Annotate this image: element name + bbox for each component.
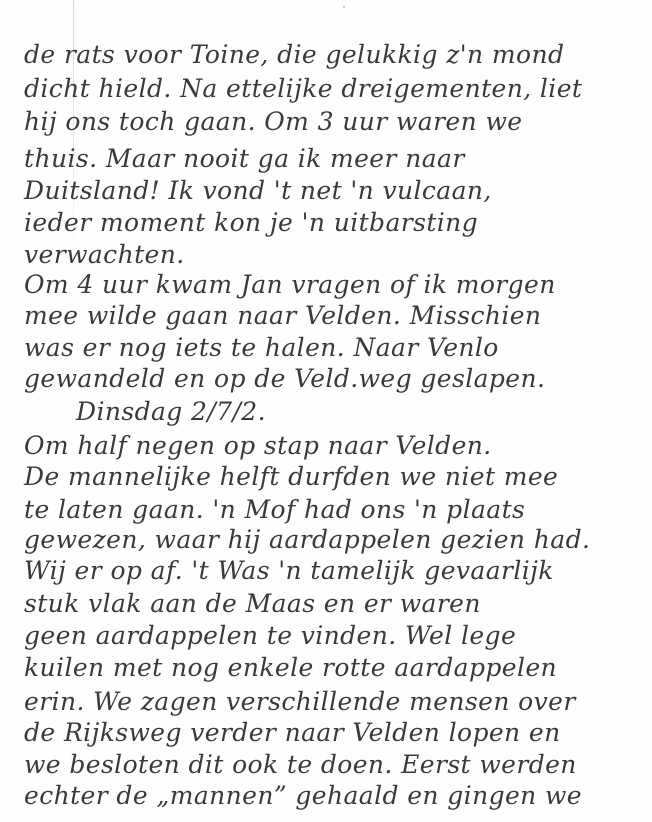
text-line: geen aardappelen te vinden. Wel lege	[24, 621, 516, 651]
text-line: Duitsland! Ik vond 't net 'n vulcaan,	[24, 176, 492, 206]
text-line: echter de „mannen” gehaald en gingen we	[24, 781, 582, 811]
date-heading: Dinsdag 2/7/2.	[76, 397, 266, 427]
handwritten-page: de rats voor Toine, die gelukkig z'n mon…	[0, 0, 652, 822]
text-line: stuk vlak aan de Maas en er waren	[24, 589, 481, 619]
text-line: Om half negen op stap naar Velden.	[24, 431, 492, 461]
text-line: de Rijksweg verder naar Velden lopen en	[24, 718, 561, 748]
text-line: ieder moment kon je 'n uitbarsting	[24, 208, 478, 238]
text-line: mee wilde gaan naar Velden. Misschien	[24, 301, 541, 331]
text-line: te laten gaan. 'n Mof had ons 'n plaats	[24, 495, 525, 525]
text-line: De mannelijke helft durfden we niet mee	[24, 462, 558, 492]
text-line: Om 4 uur kwam Jan vragen of ik morgen	[24, 270, 556, 300]
text-line: verwachten.	[24, 240, 185, 270]
text-line: gewandeld en op de Veld.weg geslapen.	[24, 364, 545, 394]
text-line: gewezen, waar hij aardappelen gezien had…	[24, 525, 590, 555]
text-line: kuilen met nog enkele rotte aardappelen	[24, 653, 557, 683]
text-line: Wij er op af. 't Was 'n tamelijk gevaarl…	[24, 556, 554, 586]
text-line: de rats voor Toine, die gelukkig z'n mon…	[24, 40, 564, 70]
text-line: hij ons toch gaan. Om 3 uur waren we	[24, 107, 522, 137]
text-line: was er nog iets te halen. Naar Venlo	[24, 333, 499, 363]
text-line: thuis. Maar nooit ga ik meer naar	[24, 144, 465, 174]
text-line: dicht hield. Na ettelijke dreigementen, …	[24, 74, 582, 104]
handwritten-text: de rats voor Toine, die gelukkig z'n mon…	[0, 0, 652, 822]
text-line: erin. We zagen verschillende mensen over	[24, 687, 576, 717]
text-line: we besloten dit ook te doen. Eerst werde…	[24, 750, 577, 780]
